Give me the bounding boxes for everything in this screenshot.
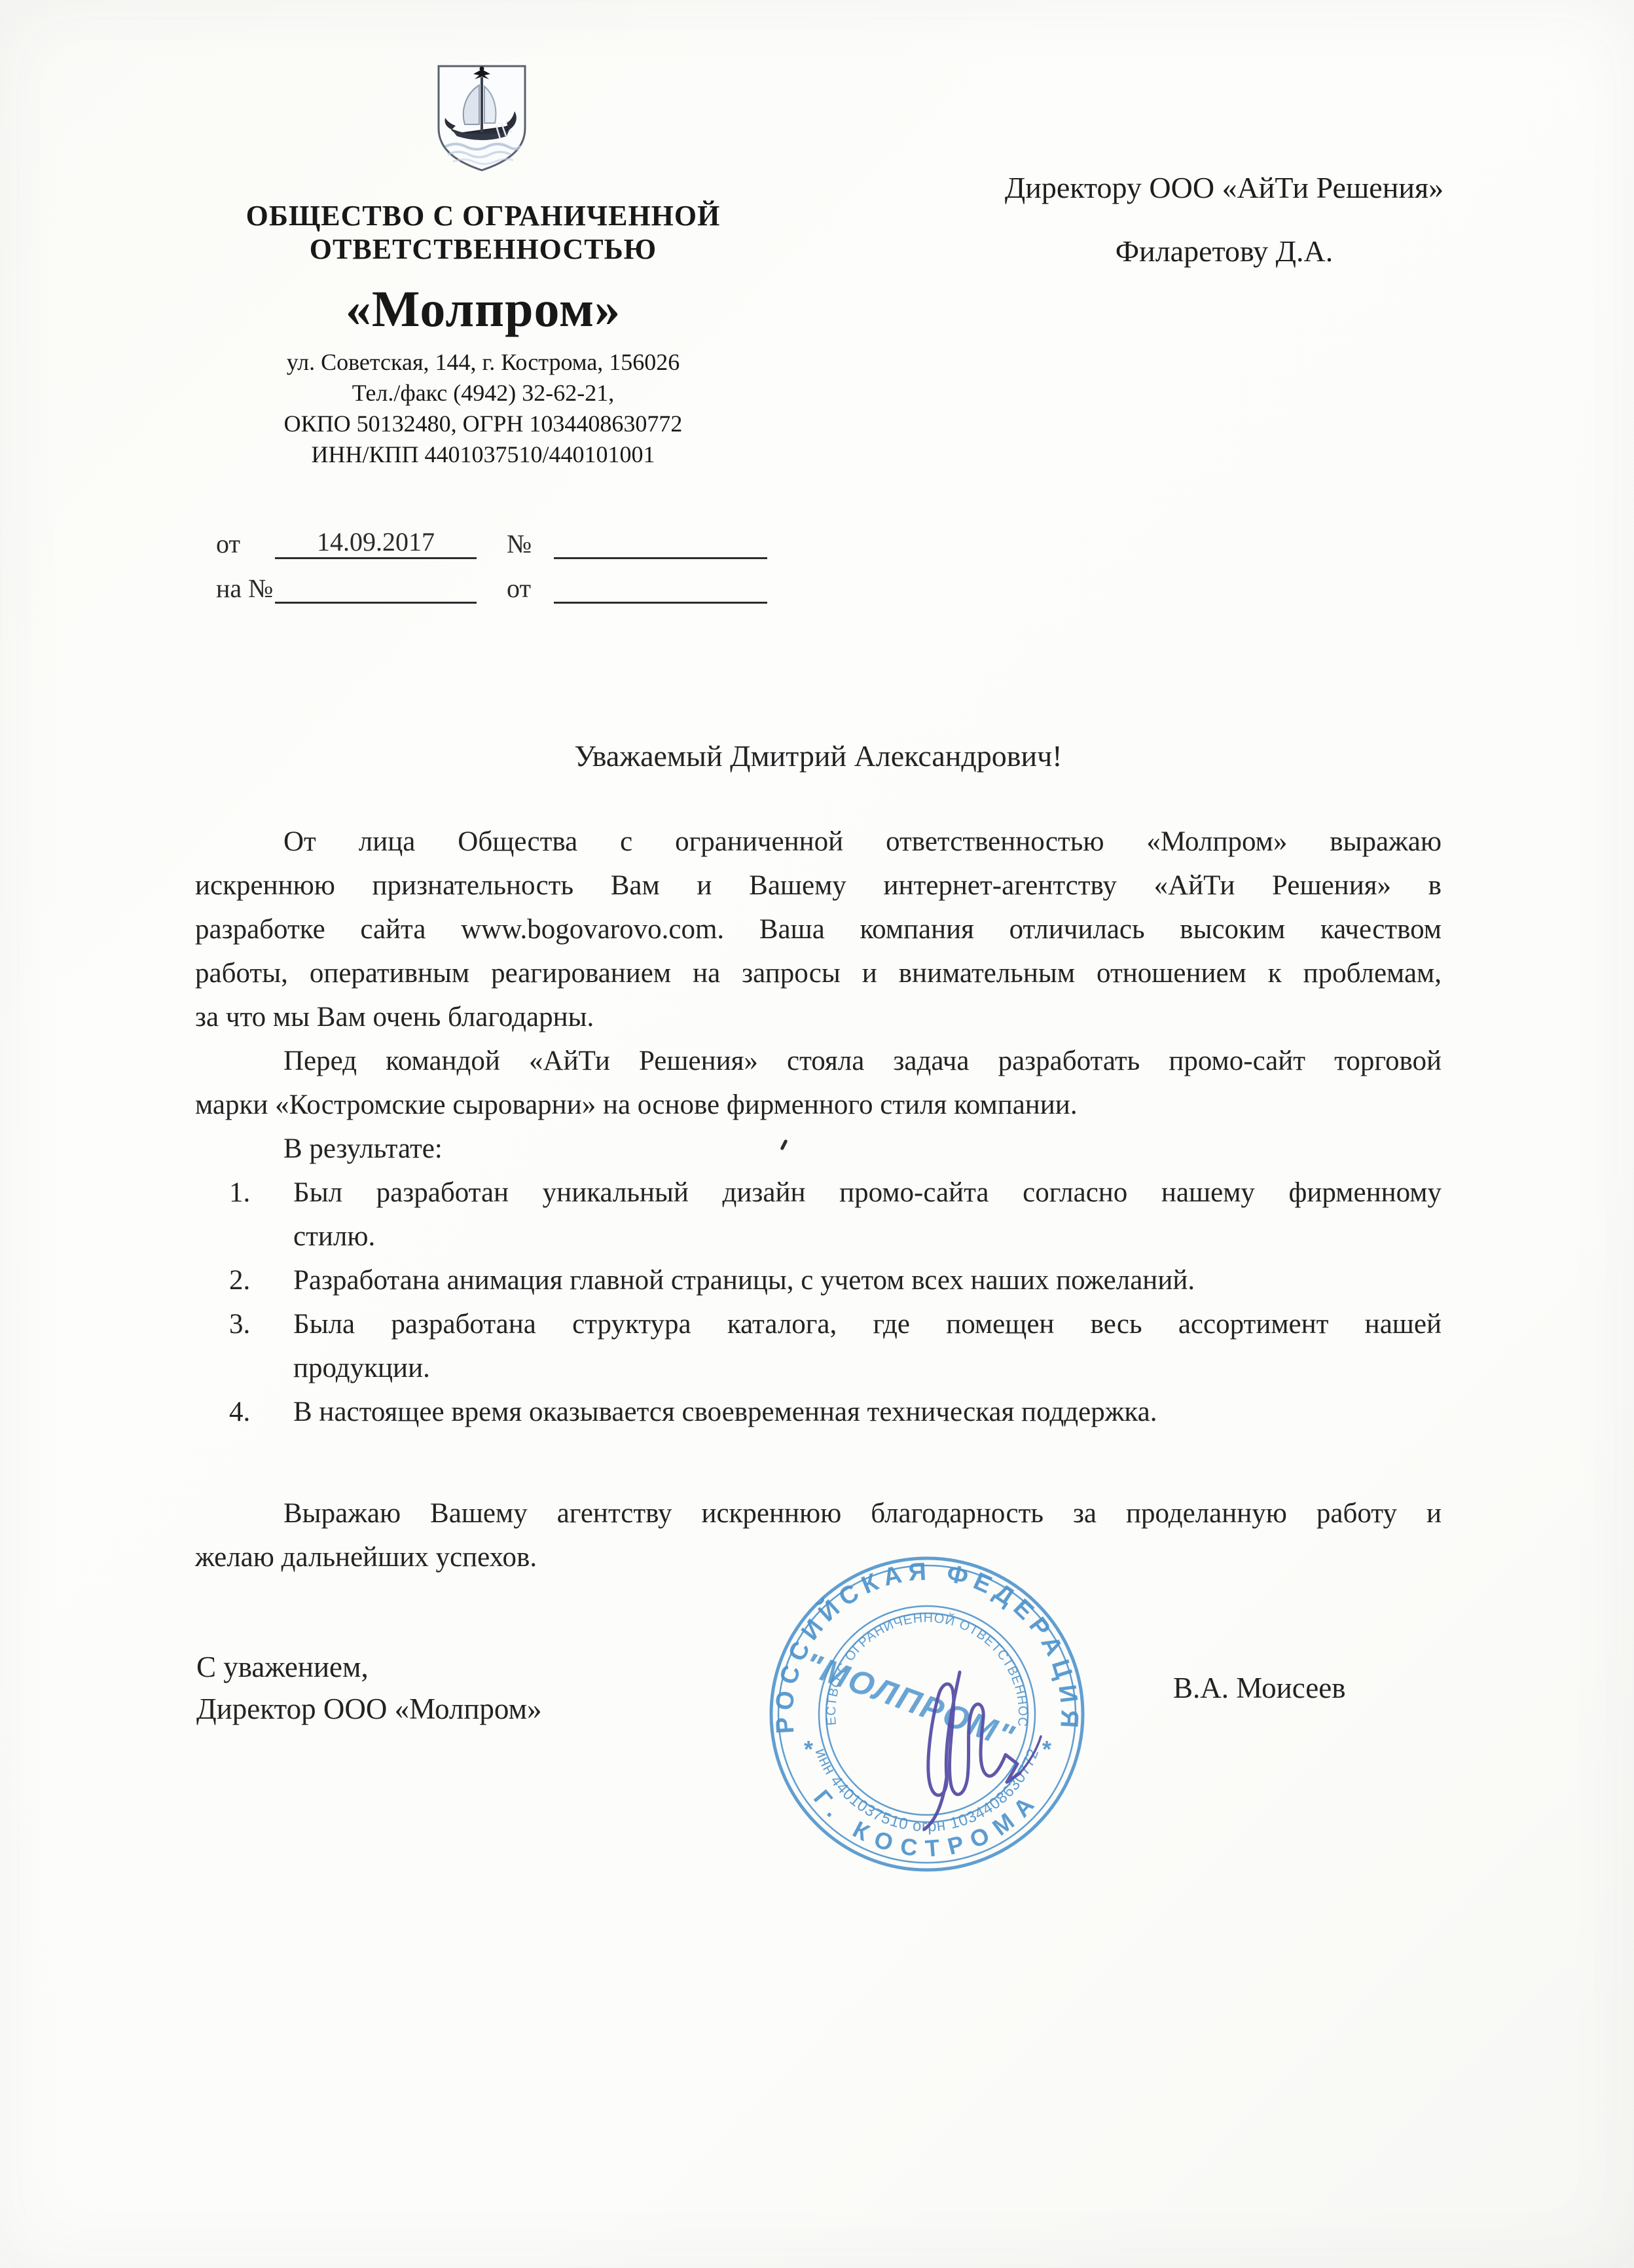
incoming-number-field: [275, 571, 477, 604]
body-line: От лица Общества с ограниченной ответств…: [195, 820, 1442, 864]
org-type-line2: ОТВЕТСТВЕННОСТЬЮ: [208, 232, 758, 266]
on-date-label: от: [507, 573, 554, 604]
reference-row-incoming: на № от: [216, 566, 767, 604]
outgoing-date-field: 14.09.2017: [275, 526, 477, 559]
company-address: ул. Советская, 144, г. Кострома, 156026: [208, 347, 758, 378]
list-number: 3.: [229, 1302, 293, 1346]
body-line: В настоящее время оказывается своевремен…: [293, 1390, 1442, 1434]
body-line: за что мы Вам очень благодарны.: [195, 995, 1442, 1039]
list-item-4: 4. В настоящее время оказывается своевре…: [195, 1390, 1442, 1434]
incoming-date-field: [554, 571, 767, 604]
reference-row-outgoing: от 14.09.2017 №: [216, 521, 767, 559]
addressee-position: Директору ООО «АйТи Решения»: [930, 170, 1519, 205]
body-line: марки «Костромские сыроварни» на основе …: [195, 1083, 1442, 1127]
letter-body: От лица Общества с ограниченной ответств…: [195, 820, 1442, 1579]
body-line: продукции.: [293, 1346, 1442, 1390]
paragraph-gratitude: От лица Общества с ограниченной ответств…: [195, 820, 1442, 1039]
signer-position: Директор ООО «Молпром»: [196, 1688, 542, 1730]
salutation: Уважаемый Дмитрий Александрович!: [196, 739, 1440, 773]
signer-name: В.А. Моисеев: [1173, 1671, 1345, 1705]
list-item-1: 1. Был разработан уникальный дизайн пром…: [195, 1171, 1442, 1258]
body-line: работы, оперативным реагированием на зап…: [195, 951, 1442, 995]
list-number: 1.: [229, 1171, 293, 1215]
reference-block: от 14.09.2017 № на № от: [216, 521, 767, 604]
body-line: искреннюю признательность Вам и Вашему и…: [195, 864, 1442, 907]
seal-star-left: *: [804, 1736, 813, 1763]
body-line: Разработана анимация главной страницы, с…: [293, 1258, 1442, 1302]
signoff-block: С уважением, Директор ООО «Молпром»: [196, 1646, 542, 1730]
addressee-block: Директору ООО «АйТи Решения» Филаретову …: [930, 170, 1519, 268]
company-phone: Тел./факс (4942) 32-62-21,: [208, 378, 758, 409]
body-line: стилю.: [293, 1215, 1442, 1258]
list-number: 4.: [229, 1390, 293, 1434]
company-inn-kpp: ИНН/КПП 4401037510/440101001: [208, 439, 758, 470]
list-text: Был разработан уникальный дизайн промо-с…: [293, 1171, 1442, 1258]
addressee-name: Филаретову Д.А.: [930, 234, 1519, 268]
on-number-label: на №: [216, 573, 275, 604]
body-line: Была разработана структура каталога, где…: [293, 1302, 1442, 1346]
seal-star-right: *: [1042, 1736, 1051, 1763]
list-text: Разработана анимация главной страницы, с…: [293, 1258, 1442, 1302]
list-text: В настоящее время оказывается своевремен…: [293, 1390, 1442, 1434]
number-label: №: [507, 528, 554, 559]
result-intro: В результате:: [195, 1127, 1442, 1171]
regards-line: С уважением,: [196, 1646, 542, 1688]
paragraph-task: Перед командой «АйТи Решения» стояла зад…: [195, 1039, 1442, 1127]
seal-svg: РОССИЙСКАЯ ФЕДЕРАЦИЯ Г. КОСТРОМА инн 440…: [759, 1546, 1095, 1882]
list-item-2: 2. Разработана анимация главной страницы…: [195, 1258, 1442, 1302]
body-line: Выражаю Вашему агентству искреннюю благо…: [195, 1491, 1442, 1535]
from-label: от: [216, 528, 275, 559]
outgoing-number-field: [554, 526, 767, 559]
company-name: «Молпром»: [208, 283, 758, 335]
company-seal-icon: РОССИЙСКАЯ ФЕДЕРАЦИЯ Г. КОСТРОМА инн 440…: [759, 1546, 1095, 1882]
scanned-letter-page: ОБЩЕСТВО С ОГРАНИЧЕННОЙ ОТВЕТСТВЕННОСТЬЮ…: [0, 0, 1634, 2268]
list-text: Была разработана структура каталога, где…: [293, 1302, 1442, 1390]
list-number: 2.: [229, 1258, 293, 1302]
emblem-svg: [432, 63, 532, 174]
company-okpo-ogrn: ОКПО 50132480, ОГРН 1034408630772: [208, 409, 758, 439]
letterhead: ОБЩЕСТВО С ОГРАНИЧЕННОЙ ОТВЕТСТВЕННОСТЬЮ…: [208, 199, 758, 470]
body-line: разработке сайта www.bogovarovo.com. Ваш…: [195, 907, 1442, 951]
body-line: Перед командой «АйТи Решения» стояла зад…: [195, 1039, 1442, 1083]
kostroma-coat-of-arms-icon: [432, 63, 532, 174]
list-item-3: 3. Была разработана структура каталога, …: [195, 1302, 1442, 1390]
body-line: Был разработан уникальный дизайн промо-с…: [293, 1171, 1442, 1215]
org-type-line1: ОБЩЕСТВО С ОГРАНИЧЕННОЙ: [208, 199, 758, 232]
company-address-block: ул. Советская, 144, г. Кострома, 156026 …: [208, 347, 758, 470]
